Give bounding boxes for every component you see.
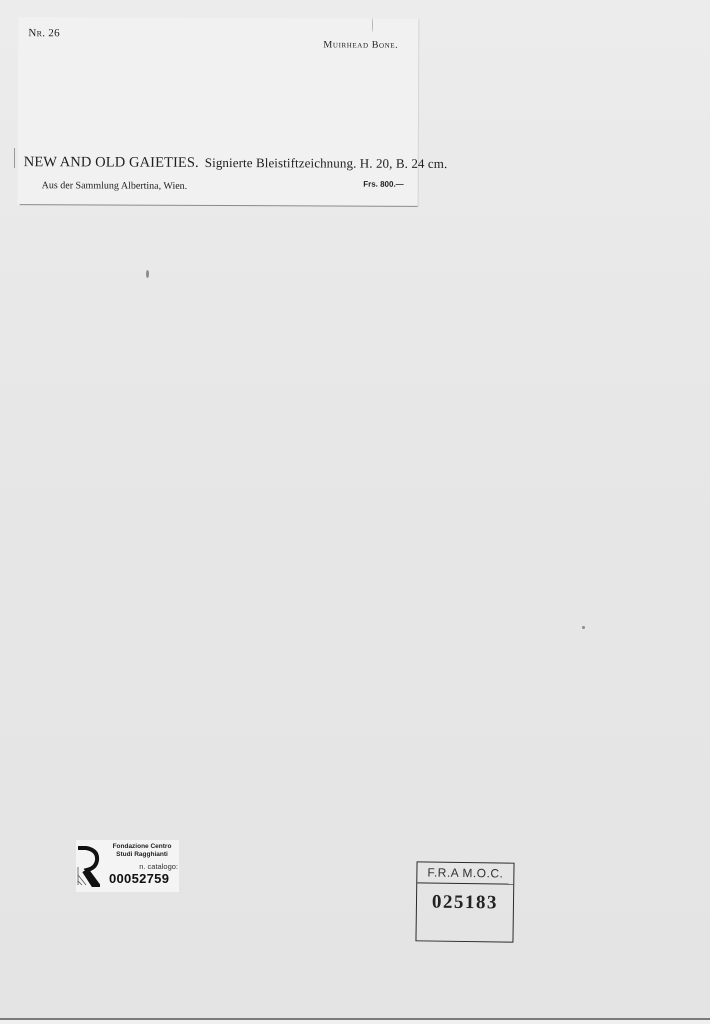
slip-edge bbox=[20, 204, 418, 207]
background-strip bbox=[0, 1020, 710, 1024]
paper-speck bbox=[582, 626, 585, 629]
foundation-name-line2: Studi Ragghianti bbox=[106, 851, 178, 859]
price: Frs. 800.— bbox=[363, 180, 404, 189]
lot-number: Nr. 26 bbox=[28, 27, 60, 39]
fondazione-catalog-sticker: Fondazione Centro Studi Ragghianti n. ca… bbox=[76, 840, 179, 892]
artwork-description: Signierte Bleistiftzeichnung. H. 20, B. … bbox=[205, 155, 448, 171]
catalog-number: 00052759 bbox=[109, 871, 169, 886]
catalog-label: n. catalogo: bbox=[116, 862, 178, 871]
paper-speck bbox=[372, 18, 373, 32]
foundation-name: Fondazione Centro Studi Ragghianti bbox=[106, 843, 178, 859]
artwork-title: NEW AND OLD GAIETIES. bbox=[24, 154, 199, 171]
edge-mark bbox=[14, 148, 15, 168]
framoc-stamp: F.R.A M.O.C. 025183 bbox=[415, 861, 514, 942]
artwork-title-line: NEW AND OLD GAIETIES.Signierte Bleistift… bbox=[24, 154, 448, 173]
stamp-header: F.R.A M.O.C. bbox=[417, 862, 513, 884]
stamp-number: 025183 bbox=[417, 883, 513, 914]
r-monogram-logo-icon bbox=[76, 845, 100, 887]
archive-sheet: Nr. 26 Muirhead Bone. NEW AND OLD GAIETI… bbox=[0, 0, 710, 1018]
artist-name: Muirhead Bone. bbox=[323, 39, 398, 50]
provenance: Aus der Sammlung Albertina, Wien. bbox=[42, 180, 188, 192]
paper-speck bbox=[146, 270, 149, 278]
foundation-name-line1: Fondazione Centro bbox=[106, 843, 178, 851]
catalogue-label-slip: Nr. 26 Muirhead Bone. NEW AND OLD GAIETI… bbox=[18, 17, 420, 207]
